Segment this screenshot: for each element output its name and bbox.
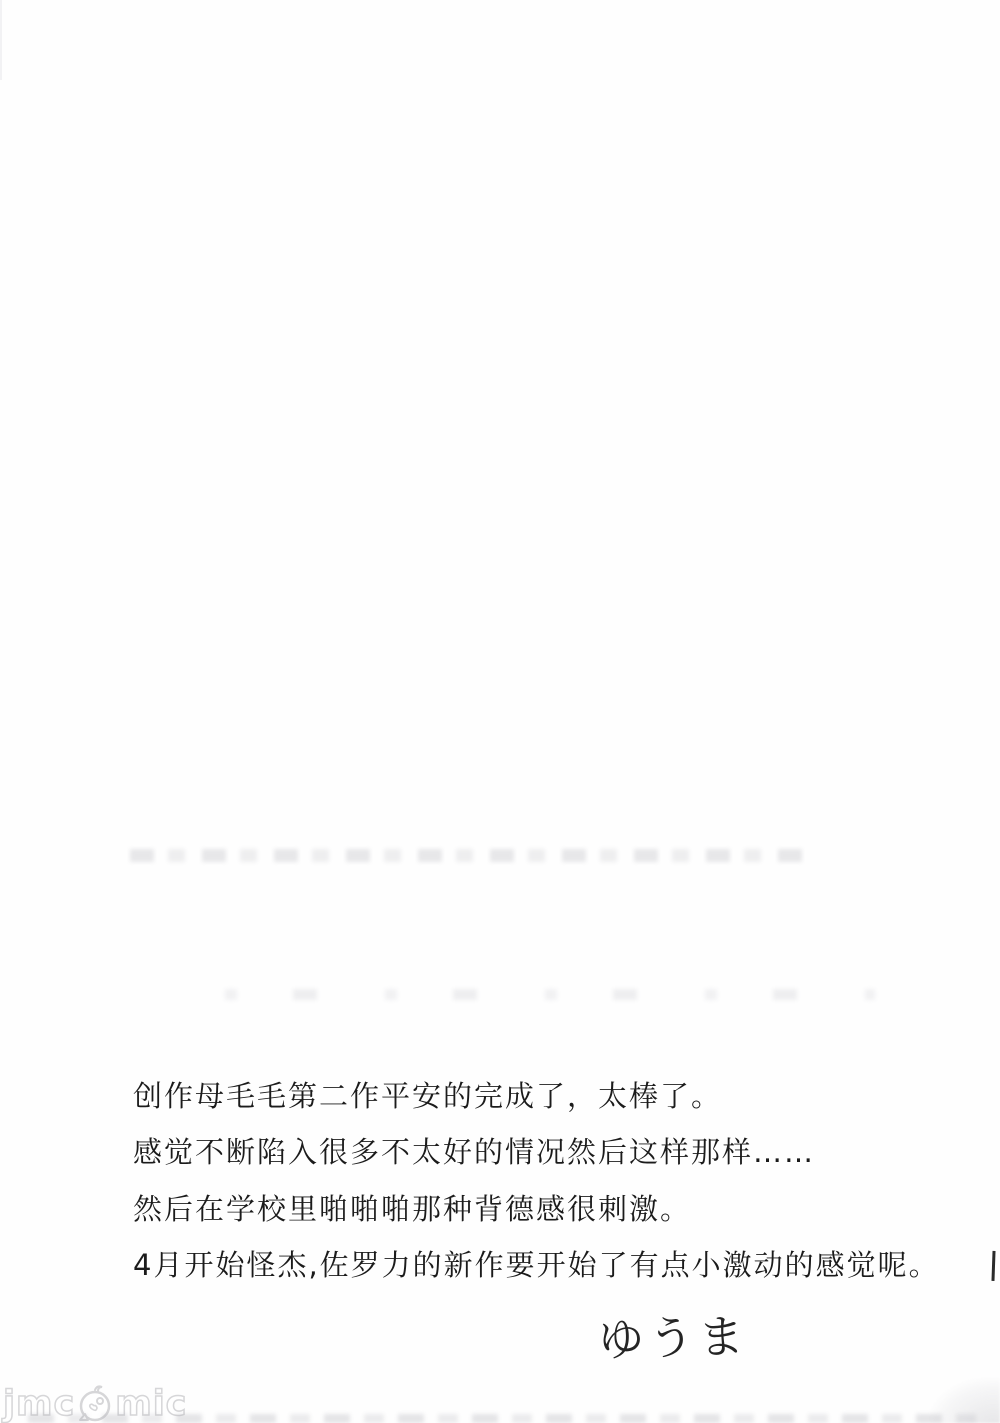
afterword-line-1: 创作母毛毛第二作平安的完成了，太棒了。: [133, 1074, 722, 1115]
scan-edge-artifact: [0, 0, 2, 80]
scan-bleedthrough-row: [225, 989, 875, 1000]
manga-afterword-page: 创作母毛毛第二作平安的完成了，太棒了。 感觉不断陷入很多不太好的情况然后这样那样…: [0, 0, 1000, 1423]
scan-bleedthrough-row: [130, 849, 810, 862]
scan-bleedthrough-bottom-row: [28, 1414, 978, 1423]
afterword-line-3: 然后在学校里啪啪啪那种背德感很刺激。: [133, 1187, 691, 1228]
afterword-line-4: 4月开始怪杰,佐罗力的新作要开始了有点小激动的感觉呢。: [133, 1243, 940, 1284]
cutoff-character-fragment: [991, 1251, 1000, 1281]
author-signature: ゆうま: [597, 1300, 749, 1370]
afterword-line-2: 感觉不断陷入很多不太好的情况然后这样那样……: [133, 1130, 815, 1171]
